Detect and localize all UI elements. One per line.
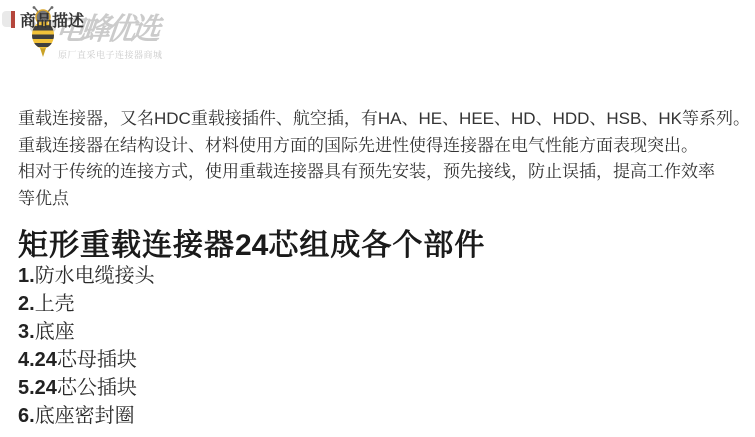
item-label: 上壳 <box>35 293 75 315</box>
list-item: 1.防水电缆接头 <box>18 262 155 290</box>
tab-accent-bar <box>11 11 15 28</box>
parts-list: 1.防水电缆接头 2.上壳 3.底座 4.24芯母插块 5.24芯公插块 6.底… <box>18 262 155 430</box>
item-number: 5.24 <box>18 377 57 399</box>
heading-prefix: 矩形重载连接器 <box>18 229 235 262</box>
intro-line: 相对于传统的连接方式，使用重载连接器具有预先安装，预先接线，防止误插，提高工作效… <box>18 159 748 186</box>
heading-core-count: 24 <box>235 229 268 262</box>
item-number: 1. <box>18 265 35 287</box>
tab-product-description[interactable]: 商品描述 <box>11 8 84 31</box>
item-label: 底座 <box>35 321 75 343</box>
item-label: 芯公插块 <box>57 377 137 399</box>
list-item: 4.24芯母插块 <box>18 346 155 374</box>
item-label: 防水电缆接头 <box>35 265 155 287</box>
heading-suffix: 芯组成各个部件 <box>268 229 485 262</box>
product-description-page: 电蜂优选 原厂直采电子连接器商城 商品描述 重载连接器，又名HDC重载接插件、航… <box>0 0 755 437</box>
list-item: 6.底座密封圈 <box>18 402 155 430</box>
list-item: 3.底座 <box>18 318 155 346</box>
brand-slogan-watermark: 原厂直采电子连接器商城 <box>58 48 163 61</box>
intro-line: 重载连接器，又名HDC重载接插件、航空插，有HA、HE、HEE、HD、HDD、H… <box>18 106 748 133</box>
section-heading: 矩形重载连接器24芯组成各个部件 <box>18 220 485 264</box>
item-label: 底座密封圈 <box>35 405 135 427</box>
list-item: 2.上壳 <box>18 290 155 318</box>
item-number: 2. <box>18 293 35 315</box>
item-number: 4.24 <box>18 349 57 371</box>
product-intro-paragraph: 重载连接器，又名HDC重载接插件、航空插，有HA、HE、HEE、HD、HDD、H… <box>18 106 748 212</box>
item-number: 6. <box>18 405 35 427</box>
intro-line: 等优点 <box>18 186 748 213</box>
tab-label: 商品描述 <box>20 8 84 31</box>
item-number: 3. <box>18 321 35 343</box>
item-label: 芯母插块 <box>57 349 137 371</box>
list-item: 5.24芯公插块 <box>18 374 155 402</box>
intro-line: 重载连接器在结构设计、材料使用方面的国际先进性使得连接器在电气性能方面表现突出。 <box>18 133 748 160</box>
